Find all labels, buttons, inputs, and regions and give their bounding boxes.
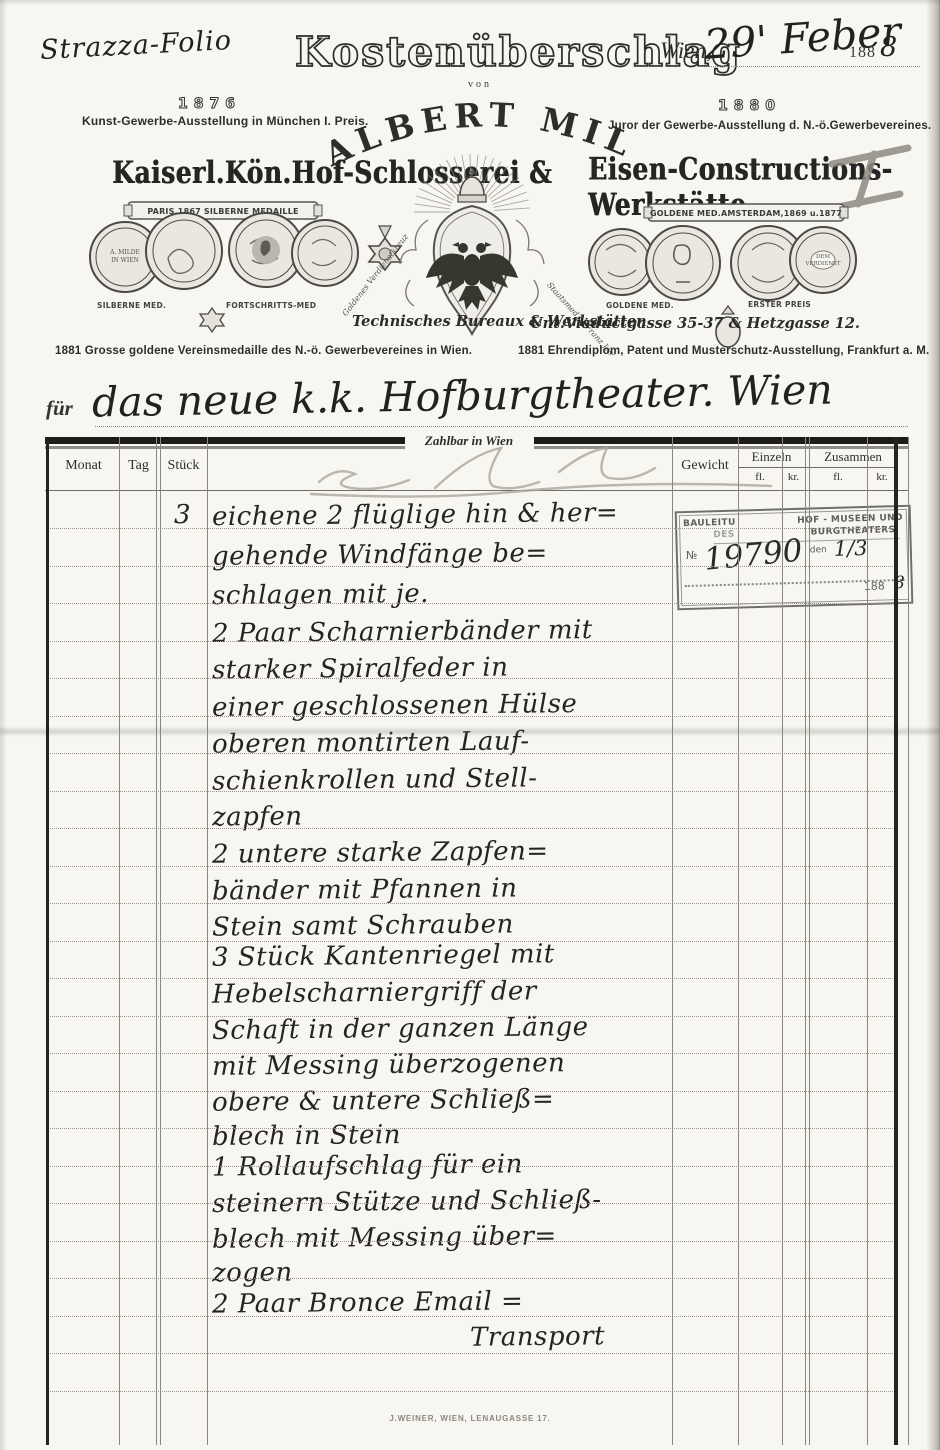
right-banner-ribbon: GOLDENE MED.AMSTERDAM,1869 u.1877 [644,204,848,221]
credential-year-left: 1876 [178,96,241,112]
table-column-line [782,437,783,1445]
table-row-rule [48,1091,897,1092]
medal-inscription: IN WIEN [111,257,139,264]
fold-crease [0,727,940,736]
document-title: Kostenüberschlag [295,28,665,76]
table-row-rule [48,1391,897,1392]
table-row-rule [48,678,897,679]
medal-label-goldene: GOLDENE MED. [606,301,674,310]
table-column-line [119,437,120,1445]
crown-icon [458,195,486,202]
medal-inscription: A. MILDE [109,249,140,256]
scanned-document-page: Strazza-Folio Kostenüberschlag von Wien,… [0,0,940,1450]
table-row-rule [48,903,897,904]
scan-edge-top [0,0,940,6]
entry-line: zogen [212,1258,293,1289]
table-row-rule [48,791,897,792]
entry-line: Schaft in der ganzen Länge [212,1012,589,1046]
entry-line: gehende Windfänge be= [212,538,548,572]
table-column-line [160,437,161,1445]
table-column-line [207,437,208,1445]
medal-label-erster: ERSTER PREIS [748,300,811,309]
table-column-line [738,437,739,1445]
entry-line: eichene 2 flüglige hin & her= [212,498,618,532]
table-column-line [867,437,868,1445]
recipient-handwritten: das neue k.k. Hofburgtheater. Wien [92,366,833,427]
entry-line: einer geschlossenen Hülse [212,689,578,723]
table-row-rule [48,1203,897,1204]
column-header-stueck: Stück [160,458,207,474]
date-dotted-line [698,66,920,67]
table-column-line [156,437,157,1445]
table-row-rule [48,1353,897,1354]
entry-line: blech in Stein [212,1120,401,1152]
stamp-date-value: 1/3 [833,536,867,561]
entry-qty: 3 [174,500,191,530]
table-row-rule [48,1016,897,1017]
entry-line: bänder mit Pfannen in [212,873,518,906]
table-row-rule [48,828,897,829]
recipient-dotted-line [95,426,908,427]
table-row-rule [48,1053,897,1054]
pendant-cross-icon [200,308,224,332]
left-banner-ribbon: PARIS.1867 SILBERNE MEDAILLE [124,202,322,219]
table-row-rule [48,641,897,642]
printed-year: 188 [849,44,876,62]
entry-line: Hebelscharniergriff der [212,976,537,1009]
medal-label-silberne: SILBERNE MED. [97,301,166,310]
entry-line: blech mit Messing über= [212,1221,557,1255]
entry-line: obere & untere Schließ= [212,1084,555,1118]
table-row-rule [48,1278,897,1279]
medal-label-fortschritt: FORTSCHRITTS-MED [226,301,316,310]
credential-year-right: 1880 [718,98,781,114]
fuer-label: für [46,396,73,421]
office-stamp: BAULEITU HOF - MUSEEN UND DES BURGTHEATE… [675,505,914,611]
subheader-zusammen-fl: fl. [809,471,867,483]
entry-line: starker Spiralfeder in [212,652,509,685]
stamp-den-label: den [810,545,827,555]
subheader-zusammen-kr: kr. [867,471,897,483]
table-row-rule [48,941,897,942]
credential-bottom-right: 1881 Ehrendiplom, Patent und Musterschut… [518,345,929,357]
table-column-line [672,437,673,1445]
table-column-line [908,437,909,1445]
medal-inscription: DEM [816,254,830,260]
folio-note: Strazza-Folio [39,25,232,66]
table-row-rule [48,716,897,717]
right-banner-text: GOLDENE MED.AMSTERDAM,1869 u.1877 [650,209,842,218]
table-row-rule [48,566,897,567]
column-header-zusammen: Zusammen [809,449,897,465]
credential-text-right: Juror der Gewerbe-Ausstellung d. N.-ö.Ge… [608,120,931,132]
table-row-rule [48,528,897,529]
handwritten-year-digit: 8 [880,32,897,63]
table-row-rule [48,866,897,867]
entry-line: 2 Paar Scharnierbänder mit [212,615,593,649]
medal-inscription: VERDIENST [805,261,841,267]
table-column-line [805,437,806,1445]
scan-edge-right [926,0,940,1450]
entry-line: Transport [470,1321,605,1352]
table-column-line [809,437,810,1445]
credential-bottom-left: 1881 Grosse goldene Vereinsmedaille des … [55,345,472,357]
entry-line: schlagen mit je. [212,579,429,611]
table-row-rule [48,978,897,979]
table-row-rule [48,1166,897,1167]
table-column-line [894,437,898,1445]
address-text: Unt.Viaductgasse 35-37 & Hetzgasse 12. [530,315,860,332]
imperial-crest [400,168,544,334]
pencil-scribble [305,442,785,506]
stamp-number-label: № [686,549,698,562]
table-column-line [46,437,49,1445]
table-row-rule [48,1316,897,1317]
column-header-tag: Tag [119,458,158,474]
medal-band: PARIS.1867 SILBERNE MEDAILLE GOLDENE MED… [40,150,900,355]
printer-imprint: J.WEINER, WIEN, LENAUGASSE 17. [340,1414,600,1423]
scan-edge-left [0,0,7,1450]
table-row-rule [48,603,897,604]
entry-line: steinern Stütze und Schließ- [212,1185,602,1219]
column-header-monat: Monat [48,458,119,474]
table-row-rule [48,1241,897,1242]
table-row-rule [48,753,897,754]
subheader-einzeln-kr: kr. [782,471,805,483]
entry-line: 3 Stück Kantenriegel mit [212,939,555,973]
table-row-rule [48,1128,897,1129]
entry-line: schienkrollen und Stell- [212,763,538,796]
entry-line: Stein samt Schrauben [212,909,514,942]
